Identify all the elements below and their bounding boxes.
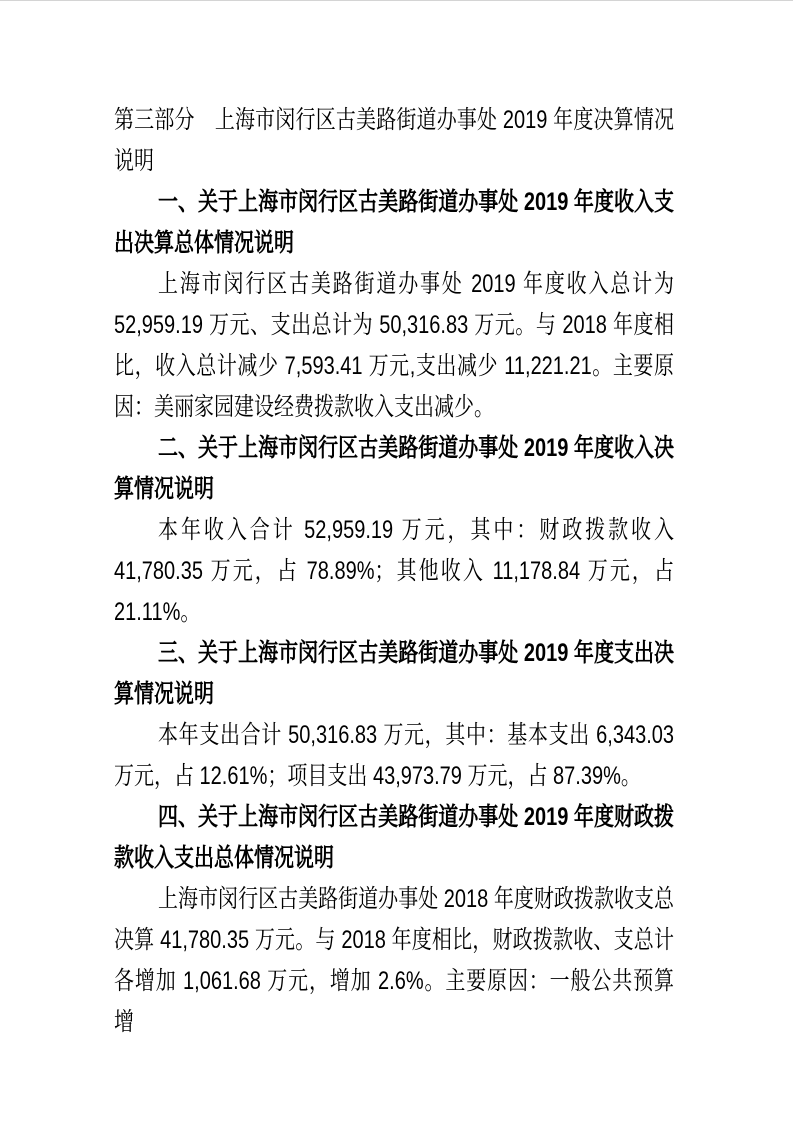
document-page: 第三部分 上海市闵行区古美路街道办事处 2019 年度决算情况说明 一、关于上海… [0,0,793,1122]
document-title: 第三部分 上海市闵行区古美路街道办事处 2019 年度决算情况说明 [114,100,674,182]
section-4-body: 上海市闵行区古美路街道办事处 2018 年度财政拨款收支总决算 41,780.3… [114,879,674,1043]
section-2-body: 本年收入合计 52,959.19 万元，其中：财政拨款收入 41,780.35 … [114,510,674,633]
section-expenditure-details: 三、关于上海市闵行区古美路街道办事处 2019 年度支出决算情况说明 本年支出合… [114,633,674,797]
section-3-heading: 三、关于上海市闵行区古美路街道办事处 2019 年度支出决算情况说明 [114,633,674,715]
section-4-heading: 四、关于上海市闵行区古美路街道办事处 2019 年度财政拨款收入支出总体情况说明 [114,797,674,879]
page-top-edge [0,0,793,1]
section-income-details: 二、关于上海市闵行区古美路街道办事处 2019 年度收入决算情况说明 本年收入合… [114,428,674,633]
document-content: 第三部分 上海市闵行区古美路街道办事处 2019 年度决算情况说明 一、关于上海… [114,100,674,1043]
section-2-heading: 二、关于上海市闵行区古美路街道办事处 2019 年度收入决算情况说明 [114,428,674,510]
section-3-body: 本年支出合计 50,316.83 万元，其中：基本支出 6,343.03 万元，… [114,715,674,797]
section-fiscal-appropriation-overview: 四、关于上海市闵行区古美路街道办事处 2019 年度财政拨款收入支出总体情况说明… [114,797,674,1043]
section-income-expenditure-overview: 一、关于上海市闵行区古美路街道办事处 2019 年度收入支出决算总体情况说明 上… [114,182,674,428]
section-1-heading: 一、关于上海市闵行区古美路街道办事处 2019 年度收入支出决算总体情况说明 [114,182,674,264]
section-1-body: 上海市闵行区古美路街道办事处 2019 年度收入总计为 52,959.19 万元… [114,264,674,428]
